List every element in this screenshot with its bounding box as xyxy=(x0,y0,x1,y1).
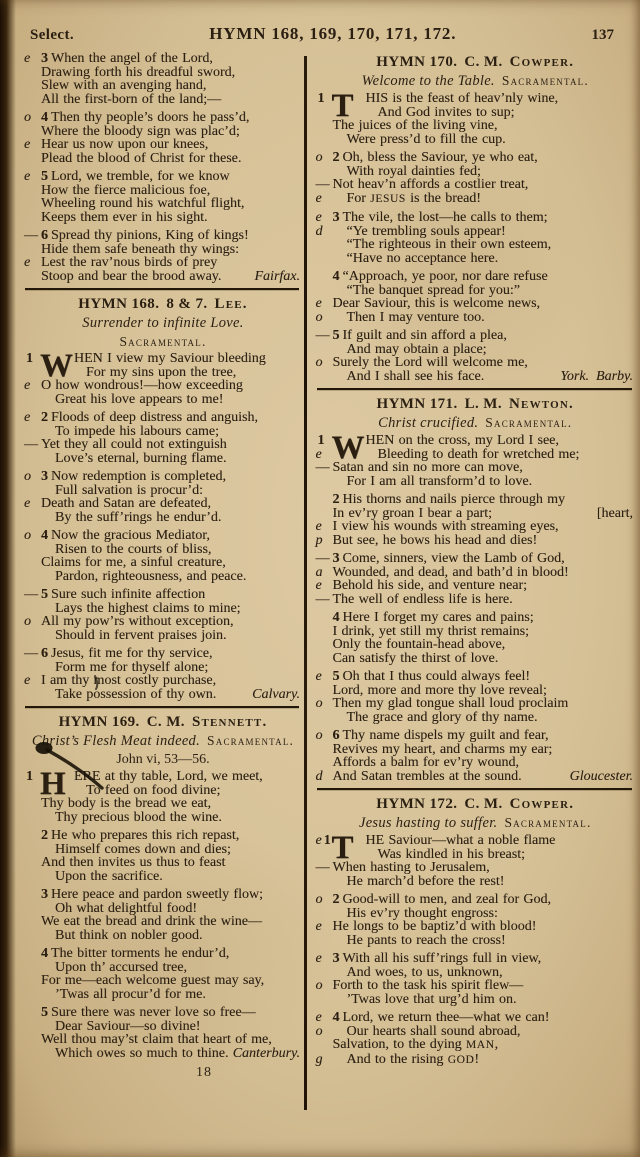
expression-marker: o xyxy=(316,893,332,907)
hymn-subtitle: Surrender to infinite Love. xyxy=(24,315,302,332)
verse-line: Love’s eternal, burning flame. xyxy=(24,452,302,466)
expression-marker: a xyxy=(316,566,332,580)
hymn-author: Cowper. xyxy=(510,796,575,812)
verse: e5Lord, we tremble, for we knowHow the f… xyxy=(24,170,302,224)
verse-line: Hide them safe beneath thy wings: xyxy=(24,243,302,257)
section-rule xyxy=(317,388,633,390)
verse-number: 3 xyxy=(333,210,340,225)
verse-line: eDear Saviour, this is welcome news, xyxy=(316,297,636,311)
expression-marker: o xyxy=(24,615,40,629)
verse-line: gAnd to the rising GOD! xyxy=(316,1053,636,1068)
hymn-number: HYMN 168. xyxy=(78,296,159,312)
hymn-author: Newton. xyxy=(509,396,574,412)
verse-line: e5Oh that I thus could always feel! xyxy=(316,670,636,684)
verse-line: Take possession of thy own.Calvary. xyxy=(24,688,302,702)
hymn-author: Stennett. xyxy=(192,714,267,730)
verse-number: 2 xyxy=(41,828,48,843)
hymn-meter: C. M. xyxy=(464,796,502,812)
line-text: He march’d before the rest! xyxy=(347,874,505,889)
expression-marker: e xyxy=(316,520,332,534)
verse-line: aWounded, and dead, and bath’d in blood! xyxy=(316,566,636,580)
verse: —6Spread thy pinions, King of kings!Hide… xyxy=(24,229,302,283)
verse: 2His thorns and nails pierce through myI… xyxy=(316,493,636,547)
line-text: Not heav’n affords a costlier treat, xyxy=(333,177,529,192)
verse-number: 3 xyxy=(41,887,48,902)
verse-line: —6Jesus, fit me for thy service, xyxy=(24,647,302,661)
verse: e3When the angel of the Lord,Drawing for… xyxy=(24,52,302,106)
verse-line: —3Come, sinners, view the Lamb of God, xyxy=(316,552,636,566)
verse-line: o2Good-will to men, and zeal for God, xyxy=(316,893,636,907)
verse-line: e2Floods of deep distress and anguish, xyxy=(24,411,302,425)
verse-line: e3With all his suff’rings full in view, xyxy=(316,952,636,966)
verse-number: 3 xyxy=(333,951,340,966)
verse-line: oThen my glad tongue shall loud proclaim xyxy=(316,697,636,711)
line-text: Affords a balm for ev’ry wound, xyxy=(333,755,519,770)
running-header-title: HYMN 168, 169, 170, 171, 172. xyxy=(209,24,456,44)
line-text: 2His thorns and nails pierce through my xyxy=(333,492,566,507)
expression-marker: o xyxy=(316,1025,332,1039)
expression-marker: g xyxy=(316,1053,332,1067)
line-text: The well of endless life is here. xyxy=(333,592,513,607)
verse-line: And then invites us thus to feast xyxy=(24,856,302,870)
verse-number: 6 xyxy=(41,646,48,661)
line-text: Take possession of thy own. xyxy=(55,688,216,702)
verse-line: oSurely the Lord will welcome me, xyxy=(316,356,636,370)
expression-marker: 1 xyxy=(24,352,40,366)
line-text: All the first-born of the land;— xyxy=(41,92,221,107)
verse-line: The juices of the living vine, xyxy=(316,119,636,133)
verse: e3The vile, the lost—he calls to them;d“… xyxy=(316,211,636,265)
verse-line: ’Twas all procur’d for me. xyxy=(24,988,302,1002)
expression-marker: e xyxy=(24,256,40,270)
line-text: But see, he bows his head and dies! xyxy=(333,533,538,548)
verse-line: Great his love appears to me! xyxy=(24,393,302,407)
hymn-meter: C. M. xyxy=(147,714,185,730)
verse-line: Affords a balm for ev’ry wound, xyxy=(316,756,636,770)
verse-line: eLest the rav’nous birds of prey xyxy=(24,256,302,270)
expression-marker: — xyxy=(24,647,40,661)
verse-line: oAll my pow’rs without exception, xyxy=(24,615,302,629)
verse-line: Were press’d to fill the cup. xyxy=(316,133,636,147)
line-text: Stoop and bear the brood away. xyxy=(41,270,221,284)
hymn-subtitle: Christ’s Flesh Meat indeed.Sacramental. xyxy=(24,733,302,750)
verse: —5Sure such infinite affectionLays the h… xyxy=(24,588,302,642)
line-text: Were press’d to fill the cup. xyxy=(347,132,506,147)
verse-line: Upon th’ accursed tree, xyxy=(24,961,302,975)
line-text: Upon the sacrifice. xyxy=(55,869,163,884)
tune-attribution: York. Barby. xyxy=(560,370,635,384)
hymn-meter: 8 & 7. xyxy=(166,296,207,312)
hymn-number: HYMN 169. xyxy=(59,714,140,730)
expression-marker: e xyxy=(24,674,40,688)
verse-line: For me—each welcome guest may say, xyxy=(24,974,302,988)
verse: T1HIS is the feast of heav’nly wine,And … xyxy=(316,92,636,146)
expression-marker: p xyxy=(316,534,332,548)
expression-marker: — xyxy=(316,178,332,192)
expression-marker: o xyxy=(24,111,40,125)
verse-number: 5 xyxy=(41,587,48,602)
expression-marker: o xyxy=(316,697,332,711)
verse-line: Form me for thyself alone; xyxy=(24,661,302,675)
tune-attribution: Calvary. xyxy=(252,688,302,702)
verse-line: Lays the highest claims to mine; xyxy=(24,602,302,616)
verse-line: 1ERE at thy table, Lord, we meet, xyxy=(24,770,302,784)
verse-number: 4 xyxy=(41,946,48,961)
verse-number: 2 xyxy=(333,150,340,165)
expression-marker: o xyxy=(316,729,332,743)
page-number: 137 xyxy=(592,27,615,44)
expression-marker: o xyxy=(24,470,40,484)
expression-marker: — xyxy=(24,588,40,602)
hymn-category-text: Sacramental. xyxy=(119,334,206,349)
line-text: Should in fervent praises join. xyxy=(55,628,227,643)
expression-marker: e xyxy=(24,170,40,184)
left-column: e3When the angel of the Lord,Drawing for… xyxy=(0,52,302,1081)
line-text: I am thy most costly purchase, xyxy=(41,673,216,688)
hymn-author: Lee. xyxy=(215,296,248,312)
verse-line: Lord, more and more thy love reveal; xyxy=(316,684,636,698)
verse-line: To feed on food divine; xyxy=(24,784,302,798)
line-text: But think on nobler good. xyxy=(55,928,202,943)
hymn-author: Cowper. xyxy=(510,54,575,70)
verse-line: eHear us now upon our knees, xyxy=(24,138,302,152)
verse-line: “The banquet spread for you:” xyxy=(316,284,636,298)
verse: 4The bitter torments he endur’d,Upon th’… xyxy=(24,947,302,1001)
column-divider xyxy=(304,56,307,1110)
expression-marker: d xyxy=(316,770,332,784)
line-text: And to the rising GOD! xyxy=(347,1052,480,1067)
small-caps-word: JESUS xyxy=(370,193,406,205)
verse-line: And I shall see his face.York. Barby. xyxy=(316,370,636,384)
verse-line: For I am all transform’d to love. xyxy=(316,475,636,489)
turnover-word: [heart, xyxy=(597,507,635,521)
verse-line: oOur hearts shall sound abroad, xyxy=(316,1025,636,1039)
hymn-subtitle-text: Surrender to infinite Love. xyxy=(82,315,243,331)
expression-marker: e xyxy=(24,138,40,152)
verse-line: The grace and glory of thy name. xyxy=(316,711,636,725)
verse-line: Oh what delightful food! xyxy=(24,902,302,916)
verse-line: eBehold his side, and venture near; xyxy=(316,579,636,593)
expression-marker: o xyxy=(24,529,40,543)
verse: o2Good-will to men, and zeal for God,His… xyxy=(316,893,636,947)
verse-line: eBleeding to death for wretched me; xyxy=(316,448,636,462)
verse-line: e3The vile, the lost—he calls to them; xyxy=(316,211,636,225)
expression-marker: e xyxy=(316,297,332,311)
expression-marker: o xyxy=(316,311,332,325)
expression-marker: o xyxy=(316,356,332,370)
verse-number: 4 xyxy=(333,269,340,284)
running-header-left: Select. xyxy=(30,27,74,44)
line-text: “Have no acceptance here. xyxy=(347,251,499,266)
hymn-subtitle: Welcome to the Table.Sacramental. xyxy=(316,73,636,90)
expression-marker: d xyxy=(316,225,332,239)
verse-line: pBut see, he bows his head and dies! xyxy=(316,534,636,548)
verse-line: —The well of endless life is here. xyxy=(316,593,636,607)
expression-marker: 1 xyxy=(316,434,332,448)
verse-line: o2Oh, bless the Saviour, ye who eat, xyxy=(316,151,636,165)
verse-line: oForth to the task his spirit flew— xyxy=(316,979,636,993)
verse-line: o6Thy name dispels my guilt and fear, xyxy=(316,729,636,743)
hymn-subtitle-text: Jesus hasting to suffer. xyxy=(359,815,498,831)
line-text: And I shall see his face. xyxy=(347,370,485,384)
verse-line: 1HIS is the feast of heav’nly wine, xyxy=(316,92,636,106)
verse: 5Sure there was never love so free—Dear … xyxy=(24,1006,302,1060)
verse-line: e3When the angel of the Lord, xyxy=(24,52,302,66)
verse-line: e1HE Saviour—what a noble flame xyxy=(316,834,636,848)
verse: H1ERE at thy table, Lord, we meet,To fee… xyxy=(24,770,302,824)
expression-marker: e xyxy=(316,1011,332,1025)
verse: e5Oh that I thus could always feel!Lord,… xyxy=(316,670,636,724)
verse-line: Only the fountain-head above, xyxy=(316,638,636,652)
verse-line: 3Here peace and pardon sweetly flow; xyxy=(24,888,302,902)
verse-line: —Not heav’n affords a costlier treat, xyxy=(316,178,636,192)
verse-line: eDeath and Satan are defeated, xyxy=(24,497,302,511)
verse: 3Here peace and pardon sweetly flow;Oh w… xyxy=(24,888,302,942)
verse-line: Slew with an avenging hand, xyxy=(24,79,302,93)
hymn-meter: C. M. xyxy=(464,54,502,70)
expression-marker: e xyxy=(24,379,40,393)
hymnal-page: { "page": {"paper_color": "#d6c197", "in… xyxy=(0,0,640,1157)
verse-line: 1HEN on the cross, my Lord I see, xyxy=(316,434,636,448)
line-text: For JESUS is the bread! xyxy=(347,191,481,206)
expression-marker: e xyxy=(24,497,40,511)
hymn-number: HYMN 171. xyxy=(377,396,458,412)
hymn-subtitle-text: Welcome to the Table. xyxy=(362,73,495,89)
line-text: The grace and glory of thy name. xyxy=(347,710,538,725)
verse-line: “The righteous in their own esteem, xyxy=(316,238,636,252)
verse-line: Stoop and bear the brood away.Fairfax. xyxy=(24,270,302,284)
tune-attribution: Fairfax. xyxy=(255,270,303,284)
verse-line: o3Now redemption is completed, xyxy=(24,470,302,484)
verse-line: dAnd Satan trembles at the sound.Glouces… xyxy=(316,770,636,784)
verse-line: d“Ye trembling souls appear! xyxy=(316,225,636,239)
line-text: Love’s eternal, burning flame. xyxy=(55,451,227,466)
verse-line: He pants to reach the cross! xyxy=(316,934,636,948)
small-caps-word: MAN xyxy=(466,1039,495,1051)
verse-line: oThen I may venture too. xyxy=(316,311,636,325)
line-text: Lest the rav’nous birds of prey xyxy=(41,255,217,270)
expression-marker: e xyxy=(24,411,40,425)
verse-line: Pardon, righteousness, and peace. xyxy=(24,570,302,584)
verse-line: Claims for me, a sinful creature, xyxy=(24,556,302,570)
verse-line: Plead the blood of Christ for these. xyxy=(24,152,302,166)
verse: e4Lord, we return thee—what we can!oOur … xyxy=(316,1011,636,1067)
hymn-category: Sacramental. xyxy=(502,73,589,88)
verse-line: eFor JESUS is the bread! xyxy=(316,192,636,207)
expression-marker: — xyxy=(316,461,332,475)
expression-marker: e xyxy=(316,952,332,966)
verse-line: e4Lord, we return thee—what we can! xyxy=(316,1011,636,1025)
running-header: Select. HYMN 168, 169, 170, 171, 172. 13… xyxy=(30,24,614,44)
expression-marker: e xyxy=(316,192,332,206)
verse-number: 5 xyxy=(41,1005,48,1020)
section-rule xyxy=(25,288,299,290)
verse-line: 2His thorns and nails pierce through my xyxy=(316,493,636,507)
hymn-category: Sacramental. xyxy=(485,415,572,430)
verse-line: Salvation, to the dying MAN, xyxy=(316,1038,636,1053)
verse-line: Well thou may’st claim that heart of me, xyxy=(24,1033,302,1047)
verse-line: Where the bloody sign was plac’d; xyxy=(24,125,302,139)
right-column: HYMN 170.C. M.Cowper.Welcome to the Tabl… xyxy=(309,52,640,1072)
hymn-heading: HYMN 170.C. M.Cowper. xyxy=(316,54,636,71)
verse-line: And God invites to sup; xyxy=(316,106,636,120)
verse-line: 2He who prepares this rich repast, xyxy=(24,829,302,843)
verse-number: 2 xyxy=(333,492,340,507)
verse: o2Oh, bless the Saviour, ye who eat,With… xyxy=(316,151,636,206)
tune-attribution: Gloucester. xyxy=(570,770,635,784)
verse: o4Then thy people’s doors he pass’d,Wher… xyxy=(24,111,302,165)
verse: 4Here I forget my cares and pains;I drin… xyxy=(316,611,636,665)
verse: —6Jesus, fit me for thy service,Form me … xyxy=(24,647,302,701)
line-text: Pardon, righteousness, and peace. xyxy=(55,569,246,584)
expression-marker: — xyxy=(316,329,332,343)
verse-line: In ev’ry groan I bear a part;[heart, xyxy=(316,507,636,521)
expression-marker: — xyxy=(24,229,40,243)
verse-line: He march’d before the rest! xyxy=(316,875,636,889)
hymn-heading: HYMN 171.L. M.Newton. xyxy=(316,396,636,413)
verse: Te1HE Saviour—what a noble flameWas kind… xyxy=(316,834,636,888)
expression-marker: — xyxy=(316,861,332,875)
verse-line: 5Sure there was never love so free— xyxy=(24,1006,302,1020)
expression-marker: o xyxy=(316,151,332,165)
line-text: Surely the Lord will welcome me, xyxy=(333,355,528,370)
verse-line: eO how wondrous!—how exceeding xyxy=(24,379,302,393)
verse-line: How the fierce malicious foe, xyxy=(24,184,302,198)
verse-line: e5Lord, we tremble, for we know xyxy=(24,170,302,184)
expression-marker: e1 xyxy=(316,834,332,848)
verse-line: Was kindled in his breast; xyxy=(316,848,636,862)
section-rule xyxy=(317,788,633,790)
verse: o3Now redemption is completed,Full salva… xyxy=(24,470,302,524)
verse-line: Keeps them ever in his sight. xyxy=(24,211,302,225)
verse-line: By the suff’rings he endur’d. xyxy=(24,511,302,525)
expression-marker: o xyxy=(316,979,332,993)
verse-line: o4Now the gracious Mediator, xyxy=(24,529,302,543)
verse-line: Which owes so much to thine.Canterbury. xyxy=(24,1047,302,1061)
verse-line: o4Then thy people’s doors he pass’d, xyxy=(24,111,302,125)
verse-line: Thy precious blood the wine. xyxy=(24,811,302,825)
small-caps-word: GOD xyxy=(448,1054,475,1066)
verse-line: His ev’ry thought engross: xyxy=(316,907,636,921)
verse-line: And may obtain a place; xyxy=(316,343,636,357)
verse-line: Drawing forth his dreadful sword, xyxy=(24,66,302,80)
verse-number: 2 xyxy=(41,410,48,425)
verse-line: “Have no acceptance here. xyxy=(316,252,636,266)
verse: —3Come, sinners, view the Lamb of God,aW… xyxy=(316,552,636,606)
expression-marker: e xyxy=(24,52,40,66)
verse-number: 4 xyxy=(41,528,48,543)
hymn-subtitle-text: Christ’s Flesh Meat indeed. xyxy=(32,733,200,749)
line-text: Keeps them ever in his sight. xyxy=(41,210,208,225)
expression-marker: — xyxy=(316,552,332,566)
line-text: ’Twas all procur’d for me. xyxy=(55,987,206,1002)
verse-line: Upon the sacrifice. xyxy=(24,870,302,884)
verse-line: ’Twas love that urg’d him on. xyxy=(316,993,636,1007)
verse-number: 4 xyxy=(333,1010,340,1025)
verse: o4Now the gracious Mediator,Risen to the… xyxy=(24,529,302,583)
verse-line: Wheeling round his watchful flight, xyxy=(24,197,302,211)
line-text: Then I may venture too. xyxy=(347,310,485,325)
verse: e3With all his suff’rings full in view,A… xyxy=(316,952,636,1006)
verse: 2He who prepares this rich repast,Himsel… xyxy=(24,829,302,883)
expression-marker: 1 xyxy=(24,770,40,784)
hymn-number: HYMN 172. xyxy=(376,796,457,812)
expression-marker: — xyxy=(24,438,40,452)
tune-attribution: Canterbury. xyxy=(233,1047,302,1061)
expression-marker: e xyxy=(316,211,332,225)
verse-number: 3 xyxy=(41,469,48,484)
verse-line: For my sins upon the tree, xyxy=(24,366,302,380)
line-text: In ev’ry groan I bear a part; xyxy=(333,507,493,521)
line-text: For I am all transform’d to love. xyxy=(347,474,533,489)
expression-marker: e xyxy=(316,579,332,593)
hymn-heading: HYMN 168.8 & 7.Lee. xyxy=(24,296,302,313)
hymn-heading: HYMN 169.C. M.Stennett. xyxy=(24,714,302,731)
expression-marker: e xyxy=(316,920,332,934)
verse-line: —Satan and sin no more can move, xyxy=(316,461,636,475)
verse-line: —5Sure such infinite affection xyxy=(24,588,302,602)
expression-marker: — xyxy=(316,593,332,607)
line-text: Great his love appears to me! xyxy=(55,392,223,407)
verse-line: 4The bitter torments he endur’d, xyxy=(24,947,302,961)
verse: 4“Approach, ye poor, nor dare refuse“The… xyxy=(316,270,636,324)
verse-line: 4“Approach, ye poor, nor dare refuse xyxy=(316,270,636,284)
verse-line: eI view his wounds with streaming eyes, xyxy=(316,520,636,534)
verse: W1HEN on the cross, my Lord I see,eBleed… xyxy=(316,434,636,488)
verse-number: 2 xyxy=(333,892,340,907)
line-text: Can satisfy the thirst of love. xyxy=(333,651,499,666)
verse-line: We eat the bread and drink the wine— xyxy=(24,915,302,929)
line-text: Salvation, to the dying MAN, xyxy=(333,1037,499,1052)
expression-marker: e xyxy=(316,448,332,462)
text-columns: e3When the angel of the Lord,Drawing for… xyxy=(0,52,640,1110)
verse: o6Thy name dispels my guilt and fear,Rev… xyxy=(316,729,636,783)
hymn-meter: L. M. xyxy=(465,396,502,412)
hymn-category: Sacramental. xyxy=(207,733,294,748)
verse-line: 4Here I forget my cares and pains; xyxy=(316,611,636,625)
verse-number: 5 xyxy=(333,328,340,343)
line-text: By the suff’rings he endur’d. xyxy=(55,510,221,525)
hymn-subtitle: Jesus hasting to suffer.Sacramental. xyxy=(316,815,636,832)
verse-line: All the first-born of the land;— xyxy=(24,93,302,107)
line-text: He pants to reach the cross! xyxy=(347,933,506,948)
hymn-category: Sacramental. xyxy=(504,815,591,830)
verse-line: Should in fervent praises join. xyxy=(24,629,302,643)
expression-marker: e xyxy=(316,670,332,684)
hymn-subtitle-text: Christ crucified. xyxy=(378,415,478,431)
hymn-heading: HYMN 172.C. M.Cowper. xyxy=(316,796,636,813)
verse-line: —6Spread thy pinions, King of kings! xyxy=(24,229,302,243)
verse-line: Thy body is the bread we eat, xyxy=(24,797,302,811)
verse-line: —Yet they all could not extinguish xyxy=(24,438,302,452)
verse-line: Can satisfy the thirst of love. xyxy=(316,652,636,666)
verse-line: But think on nobler good. xyxy=(24,929,302,943)
verse-line: —5If guilt and sin afford a plea, xyxy=(316,329,636,343)
line-text: Thy precious blood the wine. xyxy=(55,810,222,825)
verse: e2Floods of deep distress and anguish,To… xyxy=(24,411,302,465)
verse: —5If guilt and sin afford a plea,And may… xyxy=(316,329,636,383)
printers-signature: 18 xyxy=(196,1065,302,1081)
line-text: Plead the blood of Christ for these. xyxy=(41,151,241,166)
verse-line: To impede his labours came; xyxy=(24,425,302,439)
verse: W1HEN I view my Saviour bleedingFor my s… xyxy=(24,352,302,406)
line-text: Which owes so much to thine. xyxy=(55,1047,229,1061)
hymn-number: HYMN 170. xyxy=(376,54,457,70)
verse-line: 1HEN I view my Saviour bleeding xyxy=(24,352,302,366)
section-rule xyxy=(25,706,299,708)
verse-line: —When hasting to Jerusalem, xyxy=(316,861,636,875)
line-text: ’Twas love that urg’d him on. xyxy=(347,992,517,1007)
